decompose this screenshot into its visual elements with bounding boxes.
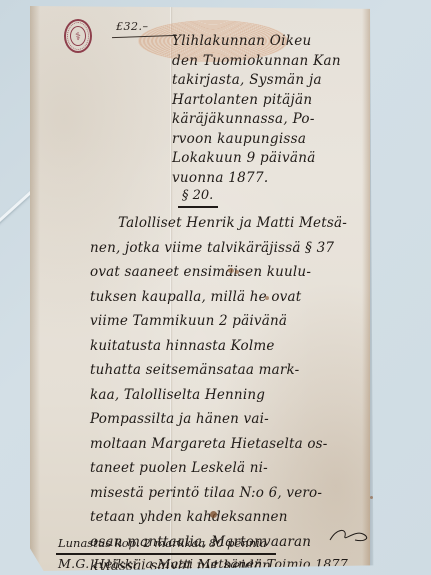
- bleed-through-text: [63, 58, 177, 149]
- ink-stain: [210, 511, 217, 518]
- heading-line: takirjasta, Sysmän ja: [172, 71, 372, 91]
- section-number: § 20.: [182, 188, 213, 203]
- heading-line: käräjäkunnassa, Po-: [172, 110, 372, 130]
- body-line: tuhatta seitsemänsataa mark-: [90, 358, 380, 383]
- footer-rule: [56, 553, 276, 555]
- ink-stain: [265, 296, 269, 300]
- heading-line: rvoon kaupungissa: [172, 130, 372, 150]
- document-heading: Ylihlakunnan Oikeu den Tuomiokunnan Kan …: [172, 32, 372, 188]
- body-line: Talolliset Henrik ja Matti Metsä-: [90, 211, 380, 236]
- body-line: Pompassilta ja hänen vai-: [90, 407, 380, 432]
- body-line: misestä perintö tilaa N:o 6, vero-: [90, 481, 380, 506]
- stamp-value: £32.–: [116, 20, 149, 33]
- fee-note: Lunastus kop. 2 markkaa 80 penniä: [58, 536, 267, 550]
- document-paper: ⚕ £32.– Ylihlakunnan Oikeu den Tuomiokun…: [30, 6, 370, 571]
- body-line: kaa, Talolliselta Henning: [90, 383, 380, 408]
- body-line: tuksen kaupalla, millä he ovat: [90, 285, 380, 310]
- heading-line: vuonna 1877.: [172, 169, 372, 189]
- heading-line: den Tuomiokunnan Kan: [172, 52, 372, 72]
- seal-icon: ⚕: [64, 19, 92, 53]
- heading-line: Lokakuun 9 päivänä: [172, 149, 372, 169]
- body-line: kuitatusta hinnasta Kolme: [90, 334, 380, 359]
- signature-line: M.G. Heikki ja Matti Metsänen Toimio 187…: [58, 556, 348, 571]
- document-body: Talolliset Henrik ja Matti Metsä- nen, j…: [90, 211, 380, 575]
- ink-stain: [370, 496, 373, 499]
- section-number-underline: [178, 206, 218, 208]
- ink-stain: [228, 268, 234, 273]
- signature-flourish-icon: [325, 526, 375, 546]
- heading-line: Ylihlakunnan Oikeu: [172, 32, 372, 52]
- body-line: taneet puolen Leskelä ni-: [90, 456, 380, 481]
- ink-stain: [235, 270, 239, 274]
- body-line: viime Tammikuun 2 päivänä: [90, 309, 380, 334]
- body-line: nen, jotka viime talvikäräjissä § 37: [90, 236, 380, 261]
- heading-line: Hartolanten pitäjän: [172, 91, 372, 111]
- table-edge: [0, 189, 35, 225]
- body-line: moltaan Margareta Hietaselta os-: [90, 432, 380, 457]
- edge-stain-left: [30, 6, 40, 571]
